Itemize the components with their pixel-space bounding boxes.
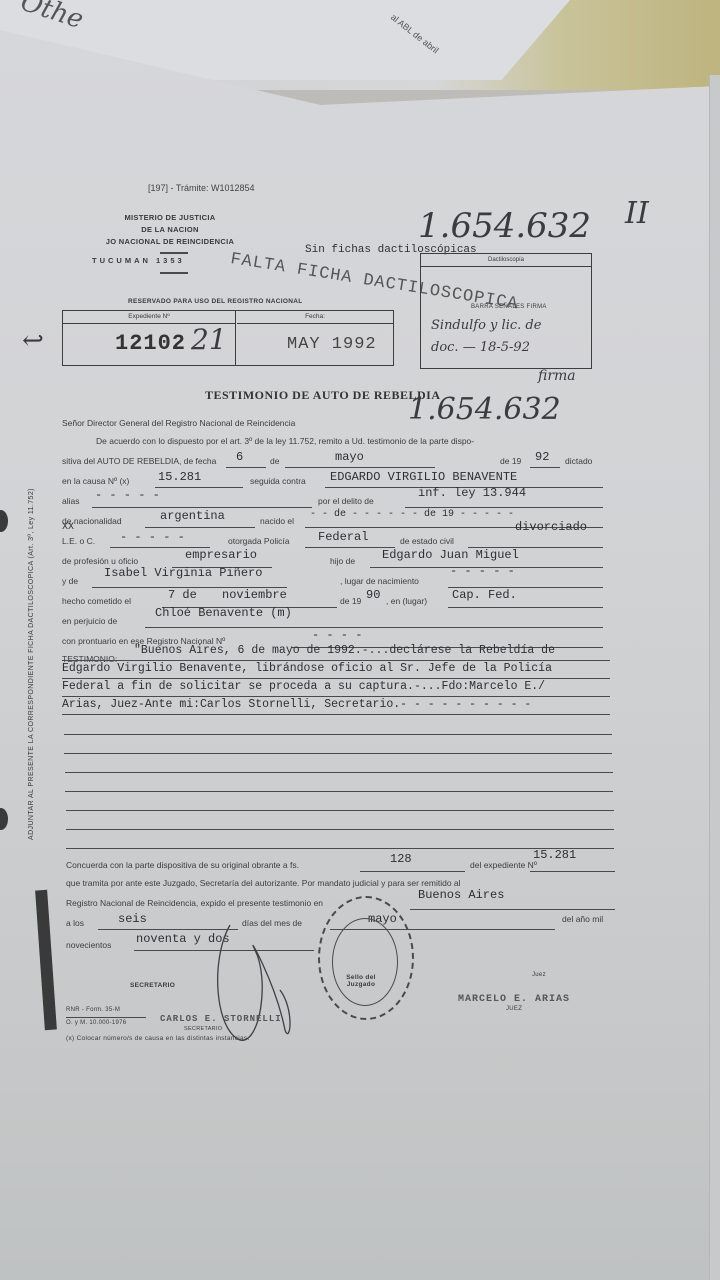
dactiloscopia-label: Dactiloscopía [421, 254, 591, 267]
dactiloscopia-signature: firma [538, 368, 576, 384]
page-stack-edge [709, 75, 720, 1280]
handwritten-number-top: 1.654.632 [418, 206, 591, 246]
field-label: alias [62, 496, 79, 506]
birth-date-value: - - de - - - - - - de 19 - - - - - [310, 509, 514, 520]
blank-line [66, 848, 614, 849]
fecha-value: MAY 1992 [287, 335, 377, 354]
field-label: nacido el [260, 516, 294, 526]
blank-line [66, 810, 614, 811]
judge-label: Juez [532, 972, 546, 978]
expediente-value: 12102 [115, 331, 186, 356]
field-label: del expediente Nº [470, 860, 537, 870]
defendant-name: EDGARDO VIRGILIO BENAVENTE [330, 470, 517, 484]
victim-value: Chloé Benavente (m) [155, 606, 292, 620]
testimonio-line: Edgardo Virgilio Benavente, librándose o… [62, 662, 552, 675]
field-label: novecientos [66, 940, 111, 950]
secretary-stamp-title: SECRETARIO [184, 1026, 222, 1032]
intro-text: De acuerdo con lo dispuesto por el art. … [96, 436, 474, 446]
ci-prefix: XX [62, 522, 74, 533]
expediente-handwritten: 21 [191, 323, 227, 356]
ministry-header: MISTERIO DE JUSTICIA DE LA NACION JO NAC… [100, 212, 240, 248]
field-label: de estado civil [400, 536, 454, 546]
divider [160, 252, 188, 254]
field-label: L.E. o C. [62, 536, 95, 546]
field-label: hijo de [330, 556, 355, 566]
field-label: seguida contra [250, 476, 306, 486]
testimonio-line: Federal a fin de solicitar se proceda a … [62, 680, 545, 693]
offense-date-day: 7 de [168, 588, 197, 602]
blank-line [64, 753, 612, 754]
dactiloscopia-printed: BARRA SEÑALES FIRMA [471, 304, 547, 310]
field-label: del año mil [562, 914, 603, 924]
alias-value: - - - - - [95, 488, 160, 502]
form-code: RNR - Form. 35-M [66, 1007, 120, 1013]
field-label: Concuerda con la parte dispositiva de su… [66, 860, 299, 870]
testimonio-line: Arias, Juez-Ante mi:Carlos Stornelli, Se… [62, 698, 531, 711]
dactiloscopia-box: Dactiloscopía BARRA SEÑALES FIRMA Sindul… [420, 253, 592, 369]
ministry-line: MISTERIO DE JUSTICIA [100, 212, 240, 224]
civil-status-value: divorciado [515, 520, 587, 534]
auto-date-year: 92 [535, 450, 549, 464]
field-label: en perjuicio de [62, 616, 117, 626]
mother-value: Isabel Virginia Piñero [104, 566, 262, 580]
field-label: por el delito de [318, 496, 374, 506]
registry-box: Expediente Nº 12102 21 Fecha: MAY 1992 [62, 310, 394, 366]
birthplace-value: - - - - - [450, 564, 515, 578]
offense-value: inf. ley 13.944 [418, 486, 526, 500]
field-label: a los [66, 918, 84, 928]
field-label: hecho cometido el [62, 596, 131, 606]
footnote: (x) Colocar número/s de causa en las dis… [66, 1035, 250, 1042]
field-label: sitiva del AUTO DE REBELDIA, de fecha [62, 456, 216, 466]
field-label: de [270, 456, 279, 466]
field-label: , en (lugar) [386, 596, 427, 606]
document-title: TESTIMONIO DE AUTO DE REBELDIA [205, 388, 441, 403]
divider [160, 272, 188, 274]
seal-label: Sello del Juzgado [343, 974, 379, 988]
field-label: y de [62, 576, 78, 586]
fecha-label: Fecha: [237, 311, 393, 324]
father-value: Edgardo Juan Miguel [382, 548, 519, 562]
field-label: otorgada Policía [228, 536, 289, 546]
concuerda-line2: que tramita por ante este Juzgado, Secre… [66, 878, 461, 888]
salutation: Señor Director General del Registro Naci… [62, 418, 295, 428]
blank-line [65, 791, 613, 792]
handwritten-number: 1.654.632 [408, 392, 561, 427]
ministry-line: JO NACIONAL DE REINCIDENCIA [100, 236, 240, 248]
offense-date-month: noviembre [222, 588, 287, 602]
issue-place-value: Buenos Aires [418, 888, 504, 902]
field-label: , lugar de nacimiento [340, 576, 419, 586]
margin-hook-mark: ↩ [22, 326, 44, 356]
auto-date-day: 6 [236, 450, 243, 464]
blank-line [65, 772, 613, 773]
judge-stamp-title: JUEZ [506, 1006, 522, 1012]
issued-by-value: Federal [318, 530, 368, 544]
tramite-number: [197] - Trámite: W1012854 [148, 183, 255, 193]
concuerda-expediente-value: 15.281 [533, 848, 576, 862]
field-label: de 19 [500, 456, 521, 466]
nationality-value: argentina [160, 509, 225, 523]
registry-box-title: RESERVADO PARA USO DEL REGISTRO NACIONAL [128, 298, 303, 305]
blank-line [66, 829, 614, 830]
field-label: Registro Nacional de Reincidencia, expid… [66, 898, 323, 908]
ci-value: - - - - - [120, 530, 185, 544]
blank-line [64, 734, 612, 735]
dactiloscopia-note-line2: doc. — 18-5-92 [431, 340, 530, 355]
ministry-line: DE LA NACION [100, 224, 240, 236]
dactiloscopia-note-line1: Sindulfo y lic. de [431, 318, 541, 333]
judge-stamp: MARCELO E. ARIAS [458, 994, 570, 1005]
profession-value: empresario [185, 548, 257, 562]
court-seal-inner [332, 918, 398, 1006]
offense-place-value: Cap. Fed. [452, 588, 517, 602]
margin-mark: II [625, 196, 649, 231]
offense-date-year: 90 [366, 588, 380, 602]
auto-date-month: mayo [335, 450, 364, 464]
folio-value: 128 [390, 852, 412, 866]
field-label: en la causa Nº (x) [62, 476, 129, 486]
print-run: O. y M. 10.000-1976 [66, 1020, 126, 1026]
record-number-value: - - - - [312, 628, 362, 642]
secretary-stamp: CARLOS E. STORNELLI [160, 1014, 282, 1024]
field-label: de profesión u oficio [62, 556, 138, 566]
testimonio-line: "Buenos Aires, 6 de mayo de 1992.-...dec… [134, 644, 555, 657]
issue-day-value: seis [118, 912, 147, 926]
secretary-label: SECRETARIO [130, 982, 175, 989]
vertical-margin-note: ADJUNTAR AL PRESENTE LA CORRESPONDIENTE … [28, 488, 35, 840]
field-label: de 19 [340, 596, 361, 606]
field-label: dictado [565, 456, 592, 466]
ministry-address: TUCUMAN 1353 [92, 256, 185, 265]
causa-number: 15.281 [158, 470, 201, 484]
